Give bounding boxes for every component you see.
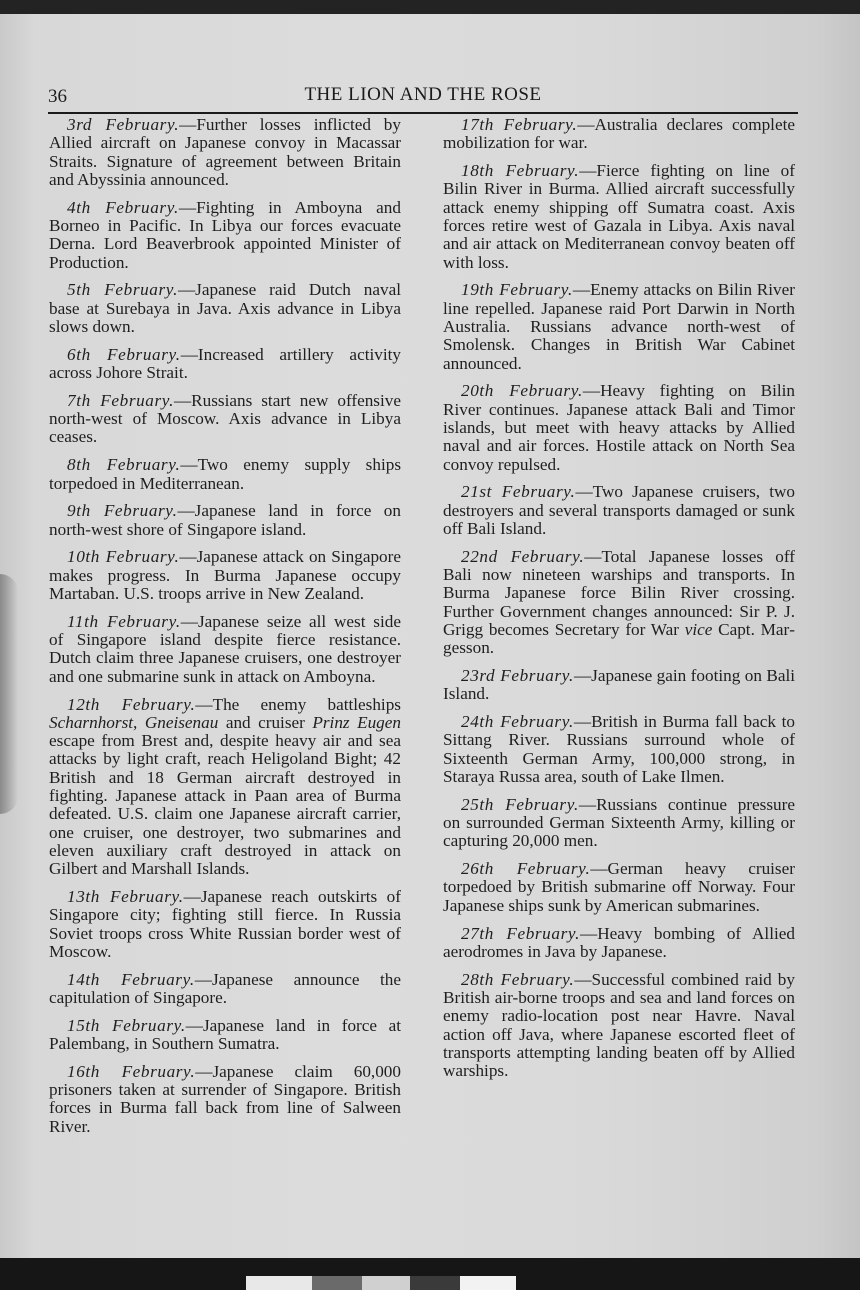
diary-entry: 9th February.—Japanese land in force on … — [49, 502, 401, 539]
entry-date: 21st February. — [461, 482, 575, 501]
diary-entry: 21st February.—Two Japanese cruisers, tw… — [443, 483, 795, 538]
diary-entry: 23rd February.—Japanese gain footing on … — [443, 667, 795, 704]
em-dash: — — [579, 161, 596, 180]
entry-text: and cruiser — [218, 713, 312, 732]
diary-entry: 11th February.—Japanese seize all west s… — [49, 613, 401, 686]
diary-entry: 26th February.—German heavy cruiser torp… — [443, 860, 795, 915]
em-dash: — — [181, 612, 198, 631]
entry-text-italic: vice — [685, 620, 713, 639]
entry-date: 25th February. — [461, 795, 579, 814]
entry-date: 20th February. — [461, 381, 583, 400]
binding-shadow — [0, 574, 18, 814]
em-dash: — — [574, 970, 591, 989]
em-dash: — — [178, 280, 195, 299]
entry-date: 16th February. — [67, 1062, 195, 1081]
em-dash: — — [579, 795, 596, 814]
entry-date: 12th February. — [67, 695, 195, 714]
scan-top-border — [0, 0, 860, 14]
entry-text: escape from Brest and, despite heavy air… — [49, 731, 401, 878]
diary-entry: 4th February.—Fighting in Amboyna and Bo… — [49, 199, 401, 272]
diary-entry: 15th February.—Japanese land in force at… — [49, 1017, 401, 1054]
em-dash: — — [180, 455, 197, 474]
entry-date: 17th February. — [461, 115, 577, 134]
em-dash: — — [573, 280, 590, 299]
entry-date: 10th February. — [67, 547, 179, 566]
em-dash: — — [195, 1062, 212, 1081]
entry-date: 11th February. — [67, 612, 181, 631]
diary-entry: 19th February.—Enemy attacks on Bilin Ri… — [443, 281, 795, 372]
em-dash: — — [590, 859, 607, 878]
em-dash: — — [574, 666, 591, 685]
entry-date: 6th February. — [67, 345, 181, 364]
entry-date: 24th February. — [461, 712, 574, 731]
diary-entry: 3rd February.—Further losses inflicted b… — [49, 116, 401, 189]
diary-entry: 22nd February.—Total Japanese losses off… — [443, 548, 795, 658]
em-dash: — — [195, 970, 212, 989]
em-dash: — — [584, 547, 601, 566]
entry-date: 5th February. — [67, 280, 178, 299]
entry-text: , — [133, 713, 145, 732]
entry-date: 26th February. — [461, 859, 590, 878]
entry-date: 23rd February. — [461, 666, 574, 685]
entry-text: The enemy battleships — [213, 695, 401, 714]
entry-date: 15th February. — [67, 1016, 186, 1035]
entry-text-italic: Gneisenau — [145, 713, 219, 732]
em-dash: — — [174, 391, 191, 410]
em-dash: — — [177, 501, 194, 520]
diary-entry: 13th February.—Japanese reach out­skirts… — [49, 888, 401, 961]
em-dash: — — [583, 381, 600, 400]
entry-date: 18th February. — [461, 161, 579, 180]
em-dash: — — [179, 547, 196, 566]
diary-entry: 5th February.—Japanese raid Dutch naval … — [49, 281, 401, 336]
diary-entry: 25th February.—Russians continue pres­su… — [443, 796, 795, 851]
diary-entry: 12th February.—The enemy battleships Sch… — [49, 696, 401, 879]
em-dash: — — [575, 482, 592, 501]
entry-date: 7th February. — [67, 391, 174, 410]
entry-date: 14th February. — [67, 970, 195, 989]
em-dash: — — [179, 198, 196, 217]
diary-entry: 10th February.—Japanese attack on Singap… — [49, 548, 401, 603]
entry-date: 27th February. — [461, 924, 580, 943]
em-dash: — — [186, 1016, 203, 1035]
diary-entry: 8th February.—Two enemy supply ships tor… — [49, 456, 401, 493]
em-dash: — — [179, 115, 196, 134]
entry-date: 4th February. — [67, 198, 179, 217]
entry-date: 22nd February. — [461, 547, 584, 566]
entry-text-italic: Scharnhorst — [49, 713, 133, 732]
diary-entry: 17th February.—Australia declares com­pl… — [443, 116, 795, 153]
right-column: 17th February.—Australia declares com­pl… — [443, 116, 795, 1090]
diary-entry: 7th February.—Russians start new of­fens… — [49, 392, 401, 447]
entry-text-italic: Prinz Eugen — [312, 713, 401, 732]
entry-date: 8th February. — [67, 455, 180, 474]
diary-entry: 20th February.—Heavy fighting on Bilin R… — [443, 382, 795, 473]
diary-entry: 24th February.—British in Burma fall bac… — [443, 713, 795, 786]
diary-entry: 14th February.—Japanese announce the cap… — [49, 971, 401, 1008]
em-dash: — — [577, 115, 594, 134]
left-column: 3rd February.—Further losses inflicted b… — [49, 116, 401, 1146]
em-dash: — — [195, 695, 212, 714]
entry-date: 3rd February. — [67, 115, 179, 134]
diary-entry: 6th February.—Increased artillery activ­… — [49, 346, 401, 383]
diary-entry: 16th February.—Japanese claim 60,000 pri… — [49, 1063, 401, 1136]
em-dash: — — [574, 712, 591, 731]
entry-date: 28th February. — [461, 970, 574, 989]
entry-date: 9th February. — [67, 501, 177, 520]
diary-entry: 28th February.—Successful combined raid … — [443, 971, 795, 1081]
em-dash: — — [580, 924, 597, 943]
page-header: 36 THE LION AND THE ROSE — [48, 82, 798, 114]
entry-date: 13th February. — [67, 887, 184, 906]
color-calibration-strip — [246, 1276, 516, 1290]
entry-date: 19th February. — [461, 280, 573, 299]
diary-entry: 18th February.—Fierce fighting on line o… — [443, 162, 795, 272]
running-title: THE LION AND THE ROSE — [48, 84, 798, 106]
em-dash: — — [181, 345, 198, 364]
diary-entry: 27th February.—Heavy bombing of Allied a… — [443, 925, 795, 962]
em-dash: — — [184, 887, 201, 906]
